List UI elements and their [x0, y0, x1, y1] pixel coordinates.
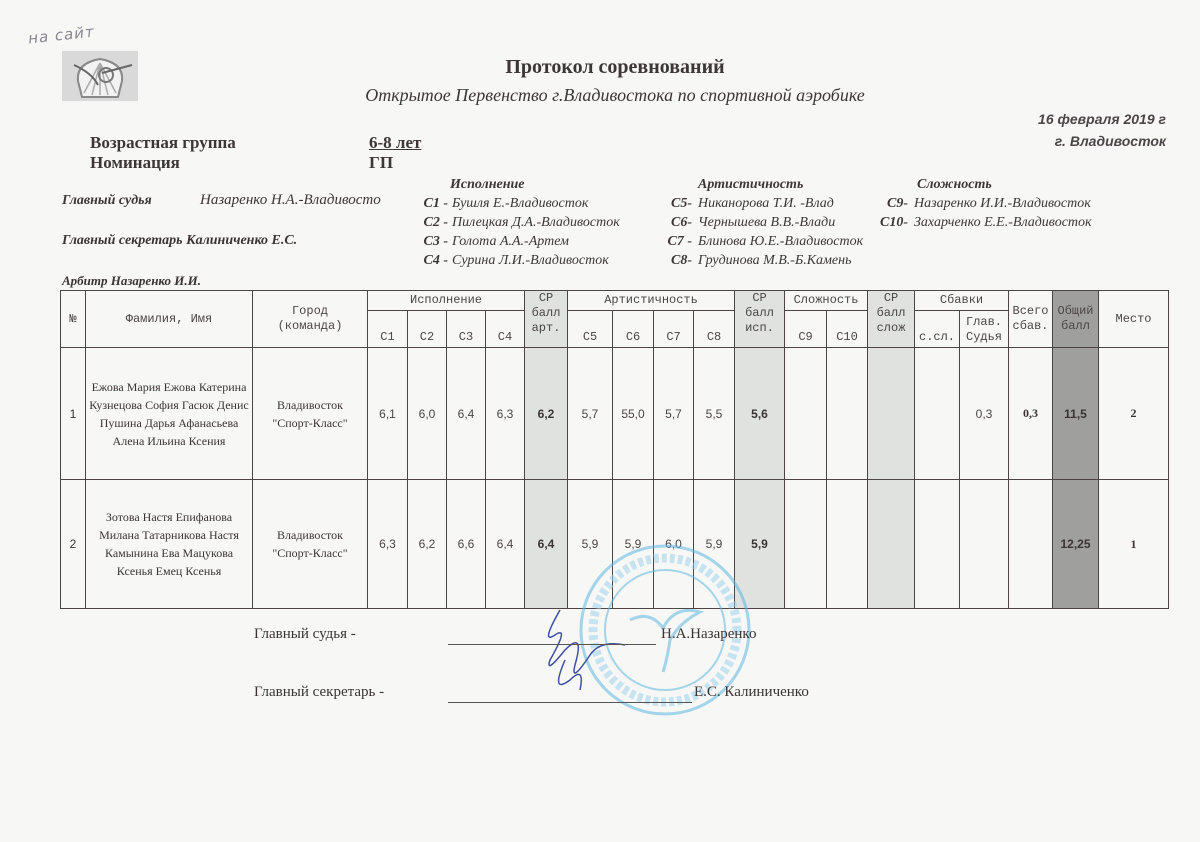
place: 1 — [1099, 480, 1169, 609]
col-total-score: Общий балл — [1053, 291, 1099, 348]
judge-c3: C3 -Голота А.А.-Артем — [414, 232, 620, 251]
avg-diff — [868, 348, 915, 480]
col-ded-chief-judge: Глав. Судья — [960, 311, 1009, 348]
col-c8: C8 — [694, 311, 735, 348]
row-number: 2 — [61, 480, 86, 609]
arbiter: Арбитр Назаренко И.И. — [62, 273, 201, 289]
score-c10 — [827, 348, 868, 480]
team-city: Владивосток "Спорт-Класс" — [253, 348, 368, 480]
score-c2: 6,2 — [408, 480, 447, 609]
panel-execution-title: Исполнение — [450, 177, 524, 193]
col-avg-art: СР балл арт. — [525, 291, 568, 348]
competition-date: 16 февраля 2019 г — [1038, 108, 1166, 130]
col-c6: C6 — [613, 311, 654, 348]
score-c10 — [827, 480, 868, 609]
chief-secretary: Главный секретарь Калиниченко Е.С. — [62, 233, 297, 249]
nomination-label: Номинация — [90, 153, 180, 173]
avg-exec: 5,6 — [735, 348, 785, 480]
chief-judge-signature-label: Главный судья - — [254, 626, 356, 643]
col-avg-exec: СР балл исп. — [735, 291, 785, 348]
panel-artistry-title: Артистичность — [698, 177, 803, 193]
judge-c9: C9-Назаренко И.И.-Владивосток — [872, 194, 1092, 213]
col-group-deductions: Сбавки — [915, 291, 1009, 311]
ded-difficulty — [915, 480, 960, 609]
col-group-execution: Исполнение — [368, 291, 525, 311]
score-c4: 6,3 — [486, 348, 525, 480]
col-c5: C5 — [568, 311, 613, 348]
col-total-deductions: Всего сбав. — [1009, 291, 1053, 348]
panel-execution: Исполнение — [450, 177, 524, 193]
col-avg-diff: СР балл слож — [868, 291, 915, 348]
score-c9 — [785, 480, 827, 609]
team-members: Ежова Мария Ежова Катерина Кузнецова Соф… — [86, 348, 253, 480]
chief-judge-label: Главный судья — [62, 193, 152, 208]
score-c8: 5,5 — [694, 348, 735, 480]
panel-artistry: Артистичность — [698, 177, 803, 193]
ded-difficulty — [915, 348, 960, 480]
col-c7: C7 — [654, 311, 694, 348]
signature-scribble-icon — [530, 605, 640, 695]
score-c2: 6,0 — [408, 348, 447, 480]
competition-name: Открытое Первенство г.Владивостока по сп… — [0, 85, 1200, 106]
handwritten-note: на сайт — [27, 23, 95, 48]
score-c5: 5,7 — [568, 348, 613, 480]
difficulty-judges: C9-Назаренко И.И.-Владивосток C10-Захарч… — [872, 194, 1092, 232]
table-header-row-1: № Фамилия, Имя Город (команда) Исполнени… — [61, 291, 1169, 311]
col-c1: C1 — [368, 311, 408, 348]
avg-art: 6,4 — [525, 480, 568, 609]
age-group-value: 6-8 лет — [369, 133, 421, 153]
judge-c10: C10-Захарченко Е.Е.-Владивосток — [872, 213, 1092, 232]
panel-difficulty-title: Сложность — [917, 177, 992, 193]
place: 2 — [1099, 348, 1169, 480]
chief-judge-signature-name: Н.А.Назаренко — [661, 626, 756, 643]
date-location: 16 февраля 2019 г г. Владивосток — [1038, 108, 1166, 152]
avg-diff — [868, 480, 915, 609]
chief-judge-value: Назаренко Н.А.-Владивосто — [200, 192, 381, 209]
col-no: № — [61, 291, 86, 348]
judge-c8: C8-Грудинова М.В.-Б.Камень — [660, 251, 880, 270]
col-c9: C9 — [785, 311, 827, 348]
chief-secretary-signature-label: Главный секретарь - — [254, 684, 384, 701]
total-score: 12,25 — [1053, 480, 1099, 609]
table-row: 1 Ежова Мария Ежова Катерина Кузнецова С… — [61, 348, 1169, 480]
panel-difficulty: Сложность — [917, 177, 992, 193]
total-deductions: 0,3 — [1009, 348, 1053, 480]
total-score: 11,5 — [1053, 348, 1099, 480]
judge-c7: C7 -Блинова Ю.Е.-Владивосток — [660, 232, 880, 251]
judge-c5: C5-Никанорова Т.И. -Влад — [660, 194, 880, 213]
col-group-difficulty: Сложность — [785, 291, 868, 311]
col-c3: C3 — [447, 311, 486, 348]
score-c9 — [785, 348, 827, 480]
nomination-value: ГП — [369, 153, 393, 173]
score-c7: 5,7 — [654, 348, 694, 480]
judge-c2: C2 -Пилецкая Д.А.-Владивосток — [414, 213, 620, 232]
row-number: 1 — [61, 348, 86, 480]
total-deductions — [1009, 480, 1053, 609]
ded-chief-judge — [960, 480, 1009, 609]
chief-judge: Главный судья — [62, 193, 152, 209]
score-c3: 6,6 — [447, 480, 486, 609]
col-c10: C10 — [827, 311, 868, 348]
artistry-judges: C5-Никанорова Т.И. -Влад C6-Чернышева В.… — [660, 194, 880, 270]
judge-c4: C4 -Сурина Л.И.-Владивосток — [414, 251, 620, 270]
team-city: Владивосток "Спорт-Класс" — [253, 480, 368, 609]
col-c2: C2 — [408, 311, 447, 348]
age-group-label: Возрастная группа — [90, 133, 236, 153]
score-c6: 55,0 — [613, 348, 654, 480]
execution-judges: C1 -Бушля Е.-Владивосток C2 -Пилецкая Д.… — [414, 194, 620, 270]
competition-location: г. Владивосток — [1038, 130, 1166, 152]
score-c3: 6,4 — [447, 348, 486, 480]
chief-secretary-signature-line — [448, 702, 692, 703]
col-place: Место — [1099, 291, 1169, 348]
score-c1: 6,1 — [368, 348, 408, 480]
col-city: Город (команда) — [253, 291, 368, 348]
col-ded-difficulty: с.сл. — [915, 311, 960, 348]
ded-chief-judge: 0,3 — [960, 348, 1009, 480]
team-members: Зотова Настя Епифанова Милана Татарников… — [86, 480, 253, 609]
avg-art: 6,2 — [525, 348, 568, 480]
judge-c6: C6-Чернышева В.В.-Влади — [660, 213, 880, 232]
score-c4: 6,4 — [486, 480, 525, 609]
judge-c1: C1 -Бушля Е.-Владивосток — [414, 194, 620, 213]
chief-judge-signature-line — [448, 644, 656, 645]
col-group-artistry: Артистичность — [568, 291, 735, 311]
score-c1: 6,3 — [368, 480, 408, 609]
col-c4: C4 — [486, 311, 525, 348]
col-name: Фамилия, Имя — [86, 291, 253, 348]
chief-secretary-signature-name: Е.С. Калиниченко — [694, 684, 809, 701]
document-title: Протокол соревнований — [0, 56, 1200, 79]
